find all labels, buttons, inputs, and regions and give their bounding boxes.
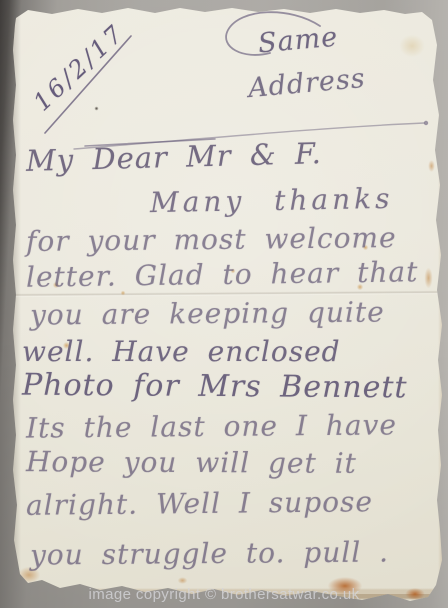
copyright-watermark: image copyright © brothersatwar.co.uk [0,586,448,603]
letter-line-9: alright. Well I supose [26,485,373,522]
stain-spot [423,264,434,292]
letter-line-3: letter. Glad to hear that [26,255,419,293]
letter-line-4: you are keeping quite [30,295,385,331]
torn-edge-top [0,0,448,13]
stain-spot [396,32,428,60]
stain-spot [176,576,189,585]
letter-line-2: for your most welcome [26,221,397,258]
stain-spot [427,158,436,174]
scanned-letter-photo: 16/2/17 Same Address My Dear Mr & F. Man… [0,0,448,608]
letter-line-5: well. Have enclosed [22,335,341,368]
letter-line-1: Many thanks [150,182,394,219]
letter-line-6: Photo for Mrs Bennett [22,368,408,406]
ink-dot [94,106,99,111]
letter-line-8: Hope you will get it [26,445,357,480]
torn-edge-right [438,0,448,608]
paper-edge-left-shadow [13,0,21,608]
letter-line-10: you struggle to. pull . [30,535,389,571]
letter-line-7: Its the last one I have [26,408,397,444]
